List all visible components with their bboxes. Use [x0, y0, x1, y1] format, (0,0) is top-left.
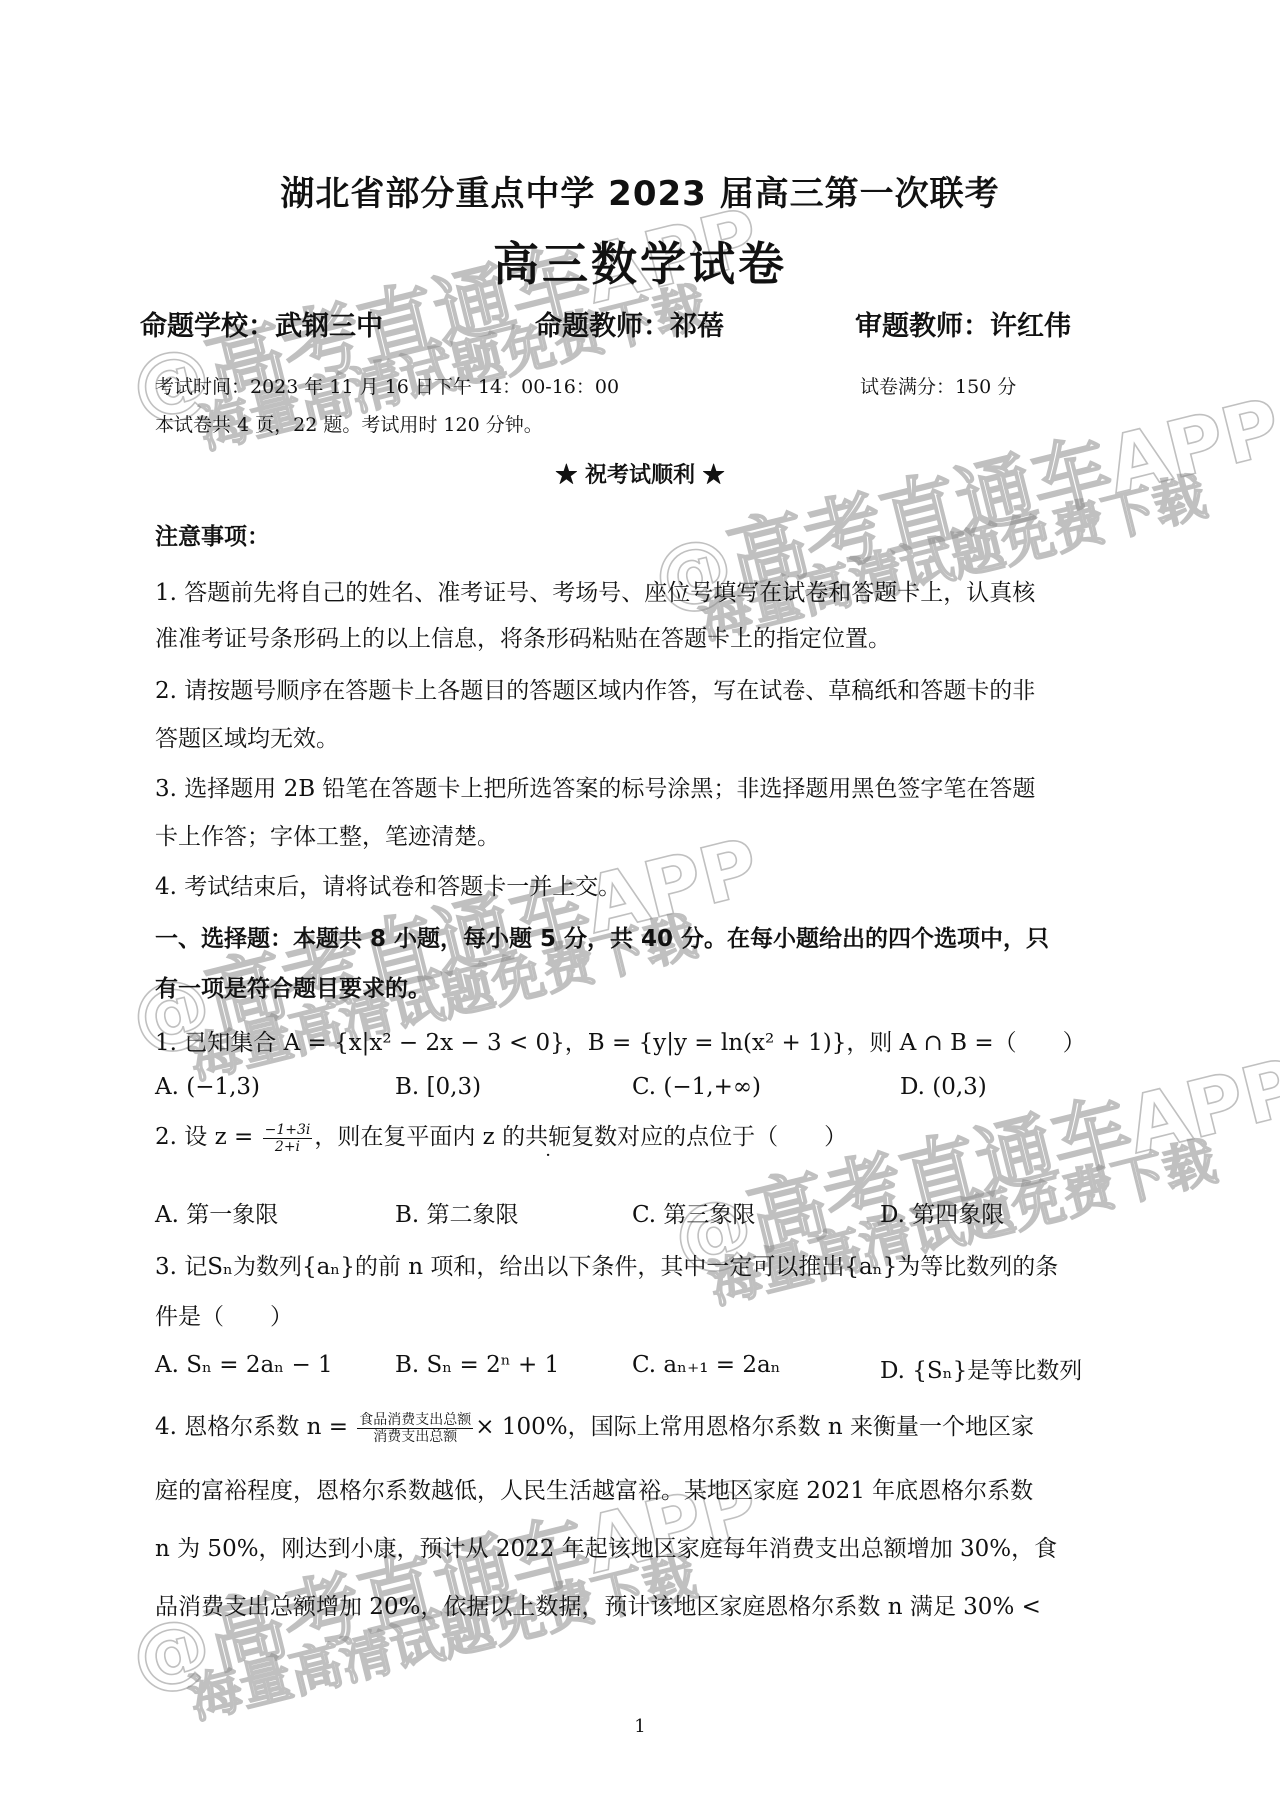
- page-number: 1: [0, 1716, 1280, 1737]
- question-3-stem-cont: 件是（ ）: [155, 1298, 293, 1331]
- q4-fraction: 食品消费支出总额 消费支出总额: [357, 1412, 473, 1445]
- question-4-stem: 4. 恩格尔系数 n = 食品消费支出总额 消费支出总额 × 100%，国际上常…: [155, 1408, 1034, 1445]
- question-1-stem: 1. 已知集合 A = {x|x² − 2x − 3 < 0}，B = {y|y…: [155, 1024, 1086, 1057]
- note-line: 3. 选择题用 2B 铅笔在答题卡上把所选答案的标号涂黑；非选择题用黑色签字笔在…: [155, 770, 1035, 803]
- q4-frac-numerator: 食品消费支出总额: [357, 1412, 473, 1429]
- q2-stem-end: 复数对应的点位于（ ）: [571, 1124, 847, 1150]
- paper-info: 本试卷共 4 页，22 题。考试用时 120 分钟。: [155, 410, 543, 437]
- exam-subtitle: 高三数学试卷: [0, 228, 1280, 294]
- q1-option-b: B. [0,3): [395, 1074, 481, 1100]
- q2-option-a: A. 第一象限: [155, 1196, 278, 1229]
- q2-option-d: D. 第四象限: [880, 1196, 1004, 1229]
- setter-teacher: 命题教师：祁蓓: [535, 304, 724, 343]
- q2-emphasis: 共轭: [525, 1124, 571, 1150]
- exam-time: 考试时间：2023 年 11 月 16 日下午 14：00-16：00: [155, 372, 619, 399]
- q4-prefix: 4. 恩格尔系数 n =: [155, 1414, 348, 1440]
- q2-fraction: −1+3i 2+i: [263, 1122, 313, 1155]
- exam-title: 湖北省部分重点中学 2023 届高三第一次联考: [0, 166, 1280, 215]
- question-4-line: 品消费支出总额增加 20%，依据以上数据，预计该地区家庭恩格尔系数 n 满足 3…: [155, 1588, 1041, 1621]
- question-3-stem: 3. 记Sₙ为数列{aₙ}的前 n 项和，给出以下条件，其中一定可以推出{aₙ}…: [155, 1248, 1058, 1281]
- note-line: 卡上作答；字体工整，笔迹清楚。: [155, 818, 500, 851]
- notes-heading: 注意事项：: [155, 518, 270, 551]
- q2-stem-mid: ，则在复平面内 z 的: [314, 1124, 525, 1150]
- q1-option-a: A. (−1,3): [155, 1074, 260, 1100]
- q2-prefix: 2. 设 z =: [155, 1124, 253, 1150]
- reviewer-teacher: 审题教师：许红伟: [855, 304, 1071, 343]
- section-heading-cont: 有一项是符合题目要求的。: [155, 970, 431, 1003]
- q4-frac-denominator: 消费支出总额: [357, 1429, 473, 1445]
- note-line: 4. 考试结束后，请将试卷和答题卡一并上交。: [155, 868, 621, 901]
- question-4-line: 庭的富裕程度，恩格尔系数越低，人民生活越富裕。某地区家庭 2021 年底恩格尔系…: [155, 1472, 1033, 1505]
- question-4-line: n 为 50%，刚达到小康，预计从 2022 年起该地区家庭每年消费支出总额增加…: [155, 1530, 1057, 1563]
- blessing-banner: ★ 祝考试顺利 ★: [0, 458, 1280, 489]
- section-heading: 一、选择题：本题共 8 小题，每小题 5 分，共 40 分。在每小题给出的四个选…: [155, 920, 1049, 953]
- exam-page: @高考直通车APP 海量高清试题免费下载 @高考直通车APP 海量高清试题免费下…: [0, 0, 1280, 1810]
- watermark-tagline: 海量高清试题免费下载: [180, 1534, 703, 1733]
- q1-option-c: C. (−1,+∞): [632, 1074, 761, 1100]
- q3-option-b: B. Sₙ = 2ⁿ + 1: [395, 1352, 559, 1378]
- q3-option-a: A. Sₙ = 2aₙ − 1: [155, 1352, 333, 1378]
- q2-option-c: C. 第三象限: [632, 1196, 755, 1229]
- note-line: 2. 请按题号顺序在答题卡上各题目的答题区域内作答，写在试卷、草稿纸和答题卡的非: [155, 672, 1035, 705]
- q2-option-b: B. 第二象限: [395, 1196, 519, 1229]
- note-line: 1. 答题前先将自己的姓名、准考证号、考场号、座位号填写在试卷和答题卡上，认真核: [155, 574, 1035, 607]
- question-2-stem: 2. 设 z = −1+3i 2+i ，则在复平面内 z 的共轭复数对应的点位于…: [155, 1118, 847, 1155]
- q2-frac-numerator: −1+3i: [263, 1122, 313, 1139]
- q4-line1-rest: × 100%，国际上常用恩格尔系数 n 来衡量一个地区家: [475, 1414, 1034, 1440]
- q3-option-d: D. {Sₙ}是等比数列: [880, 1352, 1082, 1385]
- full-score: 试卷满分：150 分: [860, 372, 1016, 399]
- q2-frac-denominator: 2+i: [263, 1139, 313, 1155]
- q3-option-c: C. aₙ₊₁ = 2aₙ: [632, 1352, 781, 1378]
- note-line: 答题区域均无效。: [155, 720, 339, 753]
- note-line: 准准考证号条形码上的以上信息，将条形码粘贴在答题卡上的指定位置。: [155, 620, 891, 653]
- q1-option-d: D. (0,3): [900, 1074, 987, 1100]
- setter-school: 命题学校：武钢三中: [140, 304, 383, 343]
